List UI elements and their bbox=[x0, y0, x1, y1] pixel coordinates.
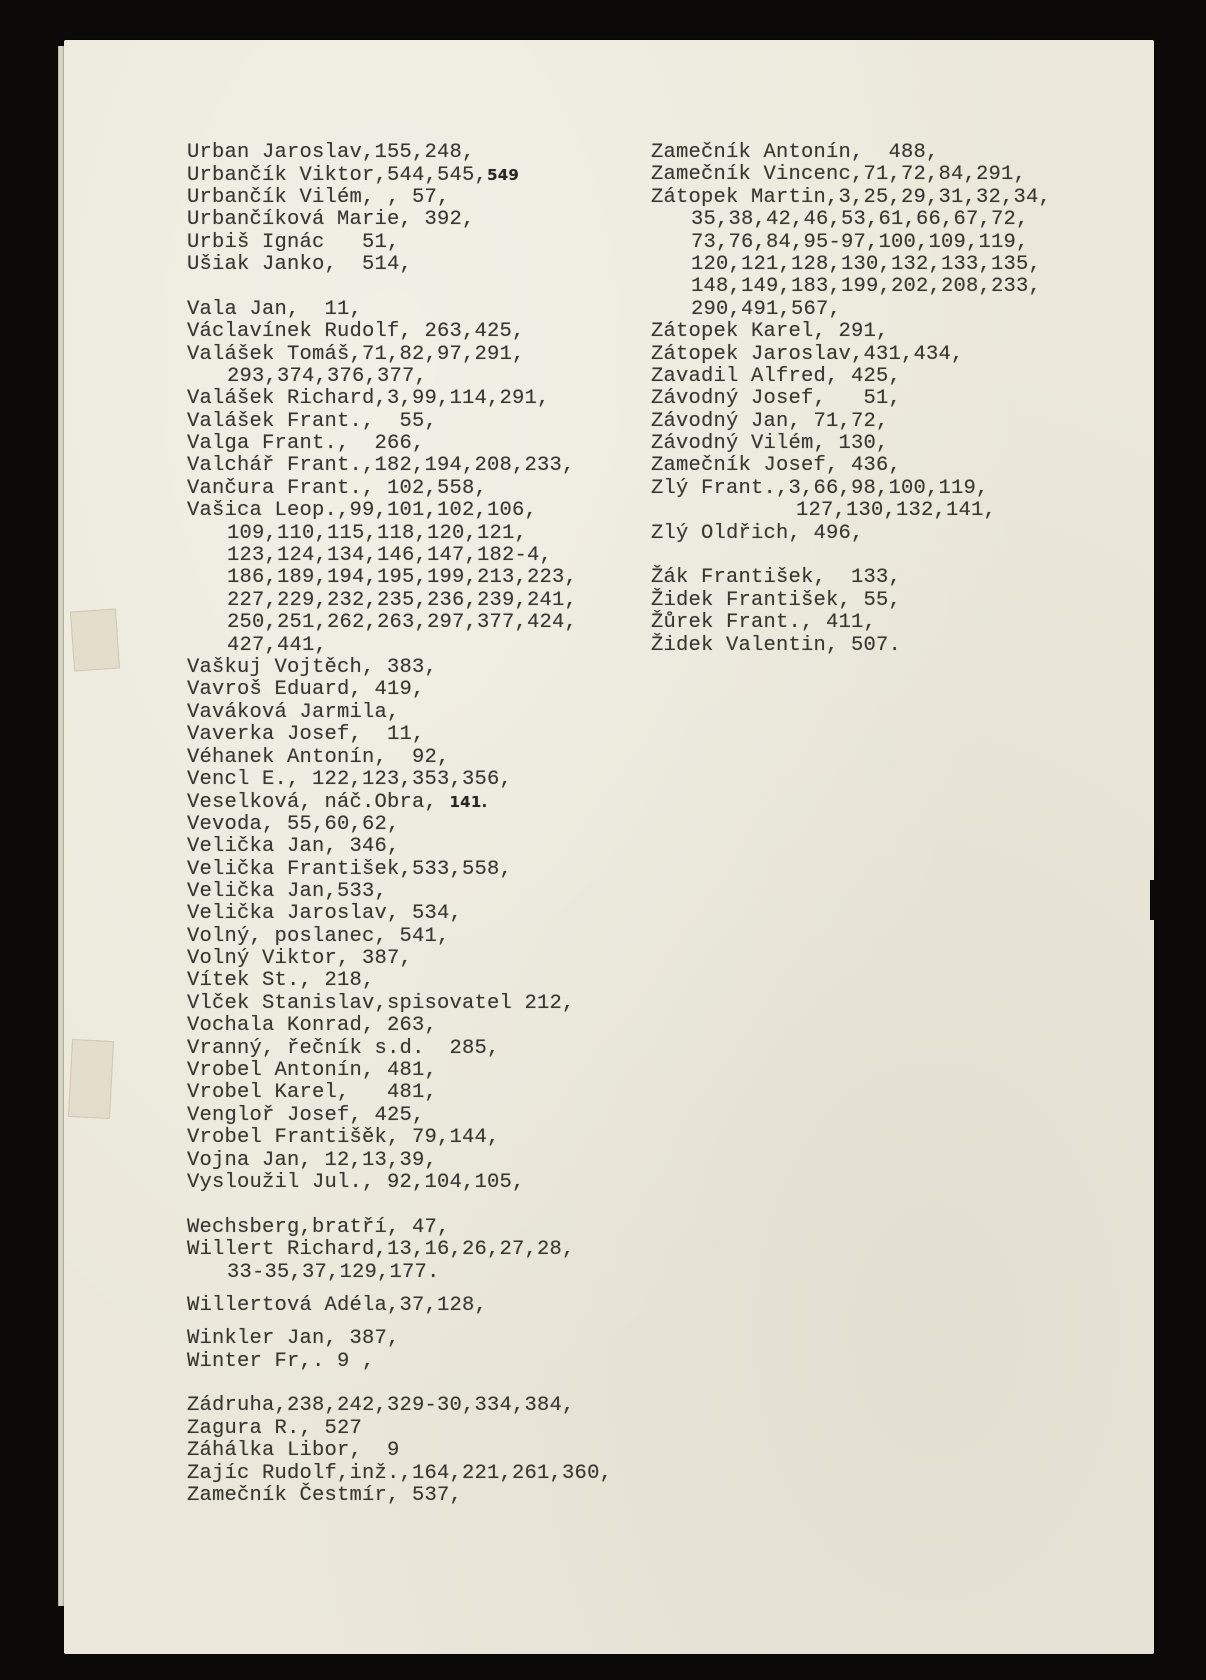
entry-text: Žák František, 133, bbox=[651, 566, 901, 589]
index-entry-continuation: 148,149,183,199,202,208,233, bbox=[651, 276, 1051, 298]
entry-text: Urbančík Viktor,544,545, bbox=[187, 164, 487, 187]
index-entry-continuation: 293,374,376,377, bbox=[187, 366, 612, 388]
index-entry: Volný, poslanec, 541, bbox=[187, 926, 612, 948]
index-entry: Vojna Jan, 12,13,39, bbox=[187, 1150, 612, 1172]
index-entry: Židek František, 55, bbox=[651, 590, 1051, 612]
index-entry: Zátopek Martin,3,25,29,31,32,34, bbox=[651, 187, 1051, 209]
entry-text: Zlý Oldřich, 496, bbox=[651, 522, 864, 545]
handwritten-annotation: 141. bbox=[450, 793, 488, 811]
entry-text: Vochala Konrad, 263, bbox=[187, 1014, 437, 1037]
index-entry: Vančura Frant., 102,558, bbox=[187, 478, 612, 500]
entry-text: Vlček Stanislav,spisovatel 212, bbox=[187, 992, 575, 1015]
index-entry: Véhanek Antonín, 92, bbox=[187, 747, 612, 769]
index-entry: Valga Frant., 266, bbox=[187, 433, 612, 455]
index-entry: Vašica Leop.,99,101,102,106, bbox=[187, 500, 612, 522]
entry-text: Urbiš Ignác 51, bbox=[187, 231, 400, 254]
index-entry: Volný Viktor, 387, bbox=[187, 948, 612, 970]
entry-text: Zamečník Vincenc,71,72,84,291, bbox=[651, 163, 1026, 186]
entry-text: Zajíc Rudolf,inž.,164,221,261,360, bbox=[187, 1462, 612, 1485]
index-entry: Urbančík Vilém, , 57, bbox=[187, 187, 612, 209]
paper-edge-nick bbox=[1150, 880, 1164, 920]
index-entry-continuation: 120,121,128,130,132,133,135, bbox=[651, 254, 1051, 276]
entry-text: Vančura Frant., 102,558, bbox=[187, 477, 487, 500]
index-entry-continuation: 109,110,115,118,120,121, bbox=[187, 523, 612, 545]
index-entry: Vlček Stanislav,spisovatel 212, bbox=[187, 993, 612, 1015]
index-entry: Vengloř Josef, 425, bbox=[187, 1105, 612, 1127]
entry-text: Závodný Vilém, 130, bbox=[651, 432, 889, 455]
entry-text: 148,149,183,199,202,208,233, bbox=[691, 275, 1041, 298]
entry-text: Vavroš Eduard, 419, bbox=[187, 678, 425, 701]
index-entry: Vysloužil Jul., 92,104,105, bbox=[187, 1172, 612, 1194]
index-entry: Vochala Konrad, 263, bbox=[187, 1015, 612, 1037]
index-entry: Vala Jan, 11, bbox=[187, 299, 612, 321]
index-entry: Zagura R., 527 bbox=[187, 1418, 612, 1440]
index-entry: Winter Fr,. 9 , bbox=[187, 1351, 612, 1373]
index-entry: Vaváková Jarmila, bbox=[187, 702, 612, 724]
index-entry: Zamečník Antonín, 488, bbox=[651, 142, 1051, 164]
entry-text: Závodný Jan, 71,72, bbox=[651, 410, 889, 433]
entry-text: Vengloř Josef, 425, bbox=[187, 1104, 425, 1127]
entry-text: Valga Frant., 266, bbox=[187, 432, 425, 455]
entry-text: Židek Valentin, 507. bbox=[651, 634, 901, 657]
index-entry: Velička Jaroslav, 534, bbox=[187, 903, 612, 925]
index-entry-continuation: 186,189,194,195,199,213,223, bbox=[187, 567, 612, 589]
entry-text: Vrobel Karel, 481, bbox=[187, 1081, 437, 1104]
entry-text: Zagura R., 527 bbox=[187, 1417, 362, 1440]
index-entry: Winkler Jan, 387, bbox=[187, 1328, 612, 1350]
entry-text: Záhálka Libor, 9 bbox=[187, 1439, 400, 1462]
entry-text: Urbančíková Marie, 392, bbox=[187, 208, 475, 231]
index-entry: Zavadil Alfred, 425, bbox=[651, 366, 1051, 388]
index-entry: Zátopek Karel, 291, bbox=[651, 321, 1051, 343]
handwritten-annotation: 549 bbox=[487, 166, 519, 184]
entry-text: Veselková, náč.Obra, bbox=[187, 791, 450, 814]
index-entry: Willertová Adéla,37,128, bbox=[187, 1295, 612, 1317]
entry-text: 293,374,376,377, bbox=[227, 365, 427, 388]
entry-text: Valášek Richard,3,99,114,291, bbox=[187, 387, 550, 410]
entry-text: Wechsberg,bratří, 47, bbox=[187, 1216, 450, 1239]
index-entry-continuation: 427,441, bbox=[187, 635, 612, 657]
entry-text: Velička František,533,558, bbox=[187, 858, 512, 881]
entry-text: Winter Fr,. 9 , bbox=[187, 1350, 375, 1373]
index-entry: Valášek Frant., 55, bbox=[187, 411, 612, 433]
index-entry: Valášek Richard,3,99,114,291, bbox=[187, 388, 612, 410]
entry-text: Zamečník Čestmír, 537, bbox=[187, 1484, 462, 1507]
index-entry: Ušiak Janko, 514, bbox=[187, 254, 612, 276]
entry-text: Velička Jaroslav, 534, bbox=[187, 902, 462, 925]
entry-text: Václavínek Rudolf, 263,425, bbox=[187, 320, 525, 343]
entry-text: 109,110,115,118,120,121, bbox=[227, 522, 527, 545]
index-entry: Zamečník Josef, 436, bbox=[651, 455, 1051, 477]
entry-text: Valchář Frant.,182,194,208,233, bbox=[187, 454, 575, 477]
entry-text: Vevoda, 55,60,62, bbox=[187, 813, 400, 836]
index-entry: Vavroš Eduard, 419, bbox=[187, 679, 612, 701]
index-entry: Vaškuj Vojtěch, 383, bbox=[187, 657, 612, 679]
entry-text: 427,441, bbox=[227, 634, 327, 657]
entry-text: Zlý Frant.,3,66,98,100,119, bbox=[651, 477, 989, 500]
blank-line bbox=[651, 545, 1051, 567]
entry-text: 127,130,132,141, bbox=[796, 499, 996, 522]
entry-text: Urbančík Vilém, , 57, bbox=[187, 186, 450, 209]
entry-text: 123,124,134,146,147,182-4, bbox=[227, 544, 552, 567]
entry-text: 35,38,42,46,53,61,66,67,72, bbox=[691, 208, 1029, 231]
index-column-left: Urban Jaroslav,155,248,Urbančík Viktor,5… bbox=[187, 142, 612, 1507]
entry-text: Zamečník Josef, 436, bbox=[651, 454, 901, 477]
index-entry-continuation: 127,130,132,141, bbox=[651, 500, 1051, 522]
index-entry: Závodný Josef, 51, bbox=[651, 388, 1051, 410]
index-entry: Veselková, náč.Obra, 141. bbox=[187, 791, 612, 813]
entry-text: Vysloužil Jul., 92,104,105, bbox=[187, 1171, 525, 1194]
index-entry: Vítek St., 218, bbox=[187, 970, 612, 992]
index-entry: Zamečník Čestmír, 537, bbox=[187, 1485, 612, 1507]
index-entry: Záhálka Libor, 9 bbox=[187, 1440, 612, 1462]
index-entry-continuation: 250,251,262,263,297,377,424, bbox=[187, 612, 612, 634]
index-entry-continuation: 227,229,232,235,236,239,241, bbox=[187, 590, 612, 612]
entry-text: Židek František, 55, bbox=[651, 589, 901, 612]
index-entry: Vranný, řečník s.d. 285, bbox=[187, 1038, 612, 1060]
entry-text: Zátopek Martin,3,25,29,31,32,34, bbox=[651, 186, 1051, 209]
entry-text: Vencl E., 122,123,353,356, bbox=[187, 768, 512, 791]
index-entry: Valchář Frant.,182,194,208,233, bbox=[187, 455, 612, 477]
entry-text: Velička Jan,533, bbox=[187, 880, 387, 903]
entry-text: Zavadil Alfred, 425, bbox=[651, 365, 901, 388]
index-entry-continuation: 290,491,567, bbox=[651, 299, 1051, 321]
index-entry: Velička František,533,558, bbox=[187, 859, 612, 881]
index-entry: Velička Jan, 346, bbox=[187, 836, 612, 858]
index-entry: Zamečník Vincenc,71,72,84,291, bbox=[651, 164, 1051, 186]
entry-text: Volný, poslanec, 541, bbox=[187, 925, 450, 948]
entry-text: Volný Viktor, 387, bbox=[187, 947, 412, 970]
blank-line bbox=[187, 1373, 612, 1395]
index-entry: Urbiš Ignác 51, bbox=[187, 232, 612, 254]
index-entry: Žůrek Frant., 411, bbox=[651, 612, 1051, 634]
entry-text: Vrobel Antonín, 481, bbox=[187, 1059, 437, 1082]
index-entry-continuation: 123,124,134,146,147,182-4, bbox=[187, 545, 612, 567]
entry-text: Vala Jan, 11, bbox=[187, 298, 362, 321]
entry-text: Vítek St., 218, bbox=[187, 969, 375, 992]
entry-text: Ušiak Janko, 514, bbox=[187, 253, 412, 276]
entry-text: Vaverka Josef, 11, bbox=[187, 723, 425, 746]
entry-text: Vojna Jan, 12,13,39, bbox=[187, 1149, 437, 1172]
entry-text: Willertová Adéla,37,128, bbox=[187, 1294, 487, 1317]
entry-text: Velička Jan, 346, bbox=[187, 835, 400, 858]
entry-text: Vašica Leop.,99,101,102,106, bbox=[187, 499, 537, 522]
index-entry: Urbančík Viktor,544,545,549 bbox=[187, 164, 612, 186]
index-entry: Zlý Oldřich, 496, bbox=[651, 523, 1051, 545]
entry-text: Zamečník Antonín, 488, bbox=[651, 141, 939, 164]
index-entry: Vrobel Františěk, 79,144, bbox=[187, 1127, 612, 1149]
index-entry: Vencl E., 122,123,353,356, bbox=[187, 769, 612, 791]
index-entry: Vaverka Josef, 11, bbox=[187, 724, 612, 746]
entry-text: Willert Richard,13,16,26,27,28, bbox=[187, 1238, 575, 1261]
index-entry-continuation: 35,38,42,46,53,61,66,67,72, bbox=[651, 209, 1051, 231]
entry-text: Vaškuj Vojtěch, 383, bbox=[187, 656, 437, 679]
entry-text: 250,251,262,263,297,377,424, bbox=[227, 611, 577, 634]
paper-tear bbox=[70, 608, 120, 671]
index-entry: Židek Valentin, 507. bbox=[651, 635, 1051, 657]
entry-text: 120,121,128,130,132,133,135, bbox=[691, 253, 1041, 276]
index-entry: Žák František, 133, bbox=[651, 567, 1051, 589]
entry-text: Vrobel Františěk, 79,144, bbox=[187, 1126, 500, 1149]
entry-text: 290,491,567, bbox=[691, 298, 841, 321]
blank-line bbox=[187, 1194, 612, 1216]
index-entry: Zlý Frant.,3,66,98,100,119, bbox=[651, 478, 1051, 500]
index-entry: Valášek Tomáš,71,82,97,291, bbox=[187, 344, 612, 366]
entry-text: Winkler Jan, 387, bbox=[187, 1327, 400, 1350]
index-entry: Vevoda, 55,60,62, bbox=[187, 814, 612, 836]
entry-text: Véhanek Antonín, 92, bbox=[187, 746, 450, 769]
entry-text: Urban Jaroslav,155,248, bbox=[187, 141, 475, 164]
entry-text: Žůrek Frant., 411, bbox=[651, 611, 876, 634]
index-entry: Vrobel Antonín, 481, bbox=[187, 1060, 612, 1082]
index-entry-continuation: 73,76,84,95-97,100,109,119, bbox=[651, 232, 1051, 254]
entry-text: Vranný, řečník s.d. 285, bbox=[187, 1037, 500, 1060]
index-entry: Urban Jaroslav,155,248, bbox=[187, 142, 612, 164]
index-entry-continuation: 33-35,37,129,177. bbox=[187, 1262, 612, 1284]
index-entry: Velička Jan,533, bbox=[187, 881, 612, 903]
blank-line bbox=[187, 276, 612, 298]
index-entry: Willert Richard,13,16,26,27,28, bbox=[187, 1239, 612, 1261]
index-entry: Václavínek Rudolf, 263,425, bbox=[187, 321, 612, 343]
entry-text: 33-35,37,129,177. bbox=[227, 1261, 440, 1284]
index-entry: Zátopek Jaroslav,431,434, bbox=[651, 344, 1051, 366]
entry-text: Závodný Josef, 51, bbox=[651, 387, 901, 410]
entry-text: 73,76,84,95-97,100,109,119, bbox=[691, 231, 1029, 254]
index-entry: Závodný Jan, 71,72, bbox=[651, 411, 1051, 433]
entry-text: 186,189,194,195,199,213,223, bbox=[227, 566, 577, 589]
entry-text: Valášek Frant., 55, bbox=[187, 410, 437, 433]
entry-text: Zádruha,238,242,329-30,334,384, bbox=[187, 1394, 575, 1417]
index-entry: Urbančíková Marie, 392, bbox=[187, 209, 612, 231]
index-entry: Wechsberg,bratří, 47, bbox=[187, 1217, 612, 1239]
entry-text: 227,229,232,235,236,239,241, bbox=[227, 589, 577, 612]
index-column-right: Zamečník Antonín, 488,Zamečník Vincenc,7… bbox=[651, 142, 1051, 657]
index-entry: Zajíc Rudolf,inž.,164,221,261,360, bbox=[187, 1463, 612, 1485]
entry-text: Vaváková Jarmila, bbox=[187, 701, 400, 724]
index-entry: Závodný Vilém, 130, bbox=[651, 433, 1051, 455]
index-entry: Zádruha,238,242,329-30,334,384, bbox=[187, 1395, 612, 1417]
entry-text: Valášek Tomáš,71,82,97,291, bbox=[187, 343, 525, 366]
entry-text: Zátopek Jaroslav,431,434, bbox=[651, 343, 964, 366]
index-entry: Vrobel Karel, 481, bbox=[187, 1082, 612, 1104]
entry-text: Zátopek Karel, 291, bbox=[651, 320, 889, 343]
paper-tear bbox=[68, 1039, 114, 1119]
